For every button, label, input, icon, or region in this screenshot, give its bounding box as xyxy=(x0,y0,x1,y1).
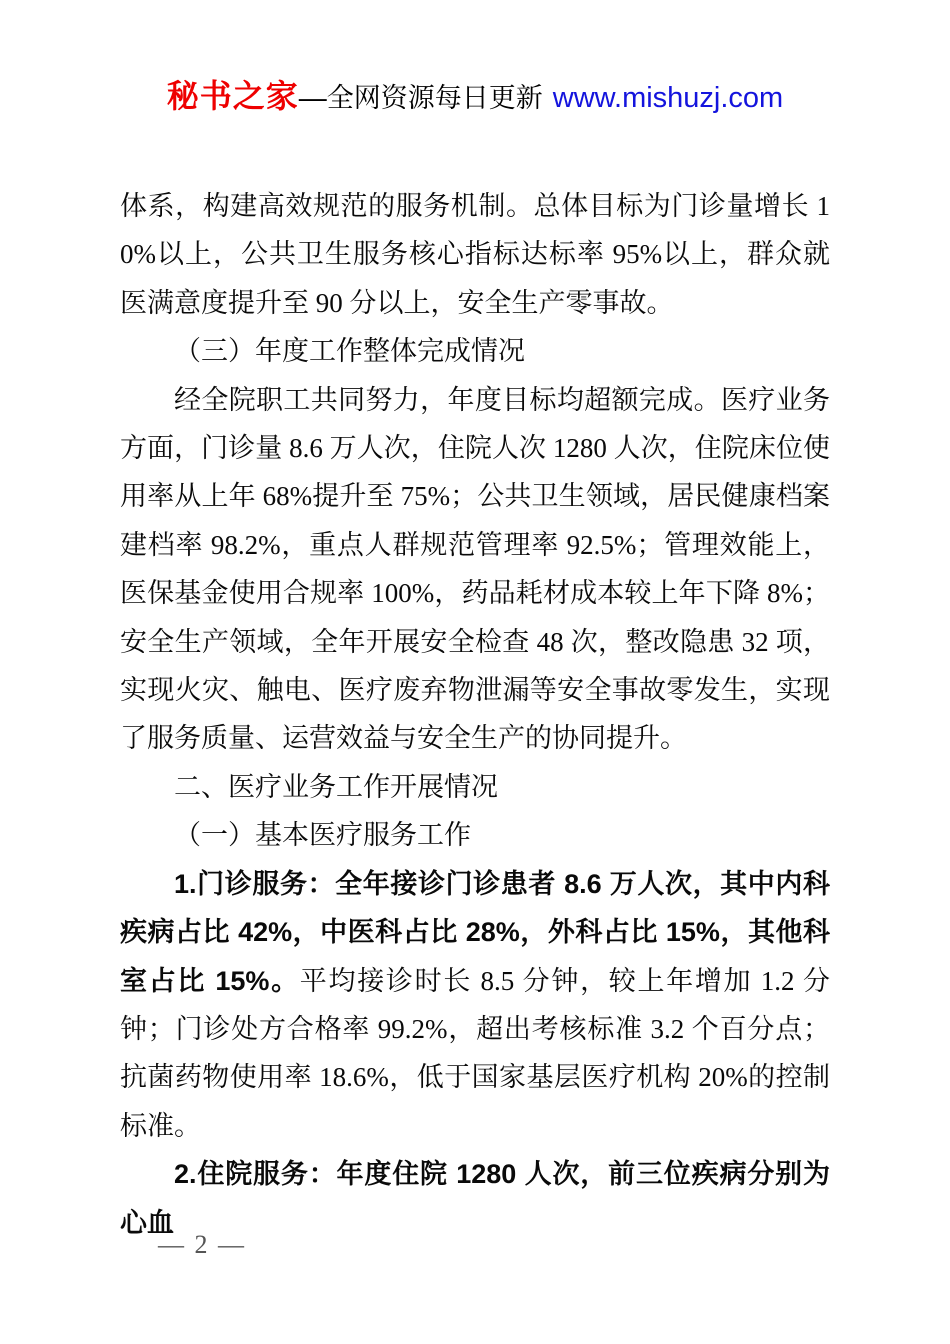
document-body: 体系，构建高效规范的服务机制。总体目标为门诊量增长 10%以上，公共卫生服务核心… xyxy=(120,182,830,1247)
heading-basic-medical-services: （一）基本医疗服务工作 xyxy=(120,811,830,859)
document-page: 秘书之家—全网资源每日更新www.mishuzj.com 体系，构建高效规范的服… xyxy=(0,0,950,1344)
heading-annual-completion: （三）年度工作整体完成情况 xyxy=(120,327,830,375)
site-brand: 秘书之家 xyxy=(167,78,299,114)
paragraph-annual-summary: 经全院职工共同努力，年度目标均超额完成。医疗业务方面，门诊量 8.6 万人次，住… xyxy=(120,376,830,763)
paragraph-outpatient-services: 1.门诊服务：全年接诊门诊患者 8.6 万人次，其中内科疾病占比 42%，中医科… xyxy=(120,860,830,1150)
heading-section-two-medical-work: 二、医疗业务工作开展情况 xyxy=(120,763,830,811)
page-number: — 2 — xyxy=(158,1228,246,1262)
header-dash: — xyxy=(299,82,327,113)
paragraph-goals-continuation: 体系，构建高效规范的服务机制。总体目标为门诊量增长 10%以上，公共卫生服务核心… xyxy=(120,182,830,327)
watermark-header: 秘书之家—全网资源每日更新www.mishuzj.com xyxy=(0,76,950,123)
header-tagline: 全网资源每日更新 xyxy=(327,83,543,113)
site-url-link[interactable]: www.mishuzj.com xyxy=(553,82,783,114)
